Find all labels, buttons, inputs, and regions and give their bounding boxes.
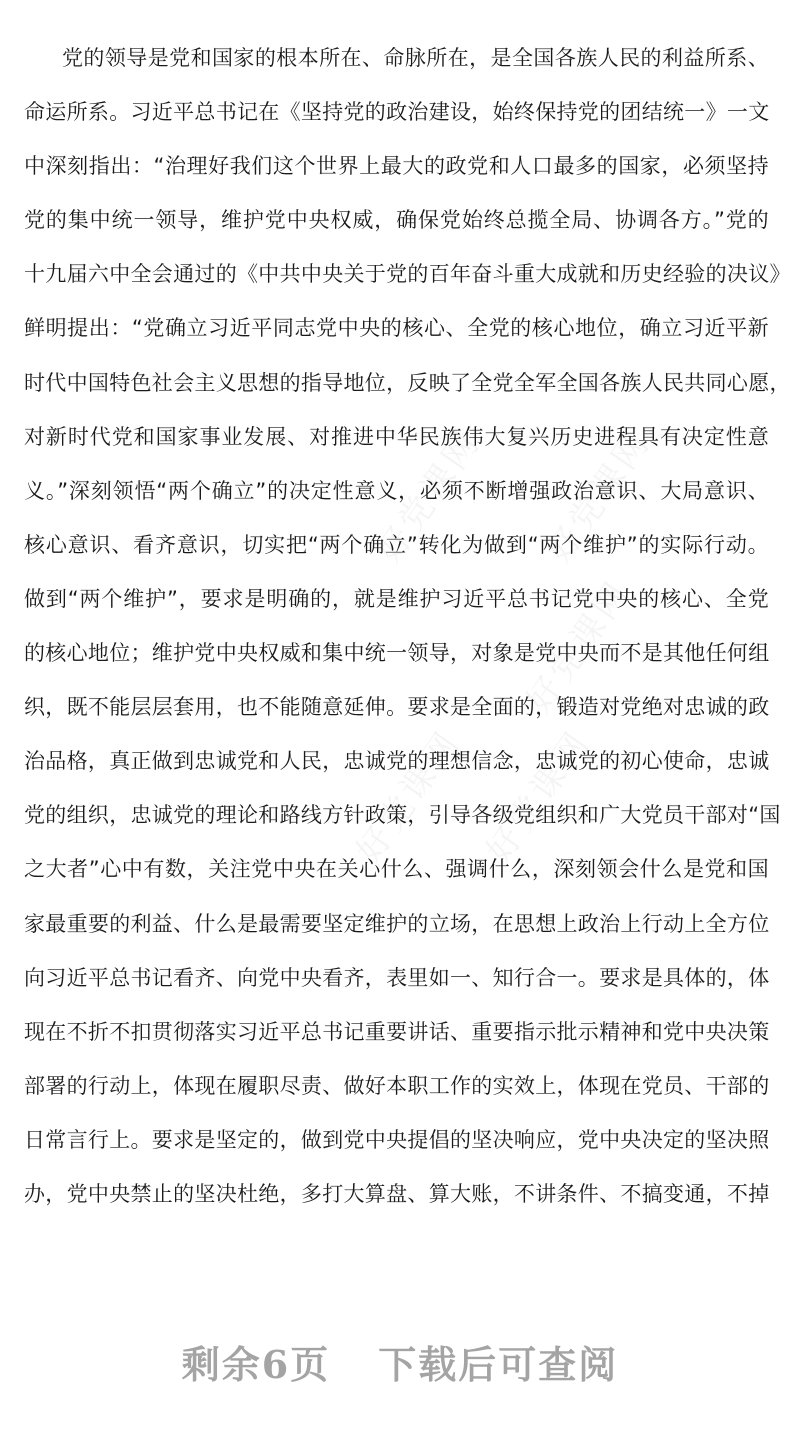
document-page: 好党课网 好党课网 好党课网 好党课网 好党课网 党的领导是党和国家的根本所在、… bbox=[0, 0, 800, 1435]
text-line: 党的组织，忠诚党的理论和路线方针政策，引导各级党组织和广大党员干部对“国 bbox=[24, 797, 769, 851]
text-line: 党的领导是党和国家的根本所在、命脉所在，是全国各族人民的利益所系、 bbox=[24, 40, 769, 94]
text-line: 十九届六中全会通过的《中共中央关于党的百年奋斗重大成就和历史经验的决议》 bbox=[24, 256, 769, 310]
text-line: 命运所系。习近平总书记在《坚持党的政治建设，始终保持党的团结统一》一文 bbox=[24, 94, 769, 148]
text-line: 部署的行动上，体现在履职尽责、做好本职工作的实效上，体现在党员、干部的 bbox=[24, 1068, 769, 1122]
text-line: 党的集中统一领导，维护党中央权威，确保党始终总揽全局、协调各方。”党的 bbox=[24, 202, 769, 256]
download-hint-label: 下载后可查阅 bbox=[378, 1334, 618, 1389]
text-line: 治品格，真正做到忠诚党和人民，忠诚党的理想信念，忠诚党的初心使命，忠诚 bbox=[24, 743, 769, 797]
text-line: 核心意识、看齐意识，切实把“两个确立”转化为做到“两个维护”的实际行动。 bbox=[24, 527, 769, 581]
text-line: 之大者”心中有数，关注党中央在关心什么、强调什么，深刻领会什么是党和国 bbox=[24, 851, 769, 905]
text-line: 织，既不能层层套用，也不能随意延伸。要求是全面的，锻造对党绝对忠诚的政 bbox=[24, 689, 769, 743]
text-line: 日常言行上。要求是坚定的，做到党中央提倡的坚决响应，党中央决定的坚决照 bbox=[24, 1122, 769, 1176]
text-line: 做到“两个维护”，要求是明确的，就是维护习近平总书记党中央的核心、全党 bbox=[24, 581, 769, 635]
text-line: 办，党中央禁止的坚决杜绝，多打大算盘、算大账，不讲条件、不搞变通，不掉 bbox=[24, 1176, 769, 1230]
text-line: 时代中国特色社会主义思想的指导地位，反映了全党全军全国各族人民共同心愿， bbox=[24, 365, 769, 419]
text-line: 义。”深刻领悟“两个确立”的决定性意义，必须不断增强政治意识、大局意识、 bbox=[24, 473, 769, 527]
download-prompt-banner[interactable]: 剩余6页 下载后可查阅 bbox=[0, 1326, 800, 1396]
text-line: 对新时代党和国家事业发展、对推进中华民族伟大复兴历史进程具有决定性意 bbox=[24, 419, 769, 473]
text-line: 现在不折不扣贯彻落实习近平总书记重要讲话、重要指示批示精神和党中央决策 bbox=[24, 1014, 769, 1068]
text-line: 鲜明提出：“党确立习近平同志党中央的核心、全党的核心地位，确立习近平新 bbox=[24, 310, 769, 364]
text-line: 家最重要的利益、什么是最需要坚定维护的立场，在思想上政治上行动上全方位 bbox=[24, 906, 769, 960]
article-body: 党的领导是党和国家的根本所在、命脉所在，是全国各族人民的利益所系、 命运所系。习… bbox=[24, 40, 769, 1230]
remaining-pages-label: 剩余6页 bbox=[182, 1334, 330, 1389]
text-line: 的核心地位；维护党中央权威和集中统一领导，对象是党中央而不是其他任何组 bbox=[24, 635, 769, 689]
text-line: 向习近平总书记看齐、向党中央看齐，表里如一、知行合一。要求是具体的，体 bbox=[24, 960, 769, 1014]
text-line: 中深刻指出：“治理好我们这个世界上最大的政党和人口最多的国家，必须坚持 bbox=[24, 148, 769, 202]
